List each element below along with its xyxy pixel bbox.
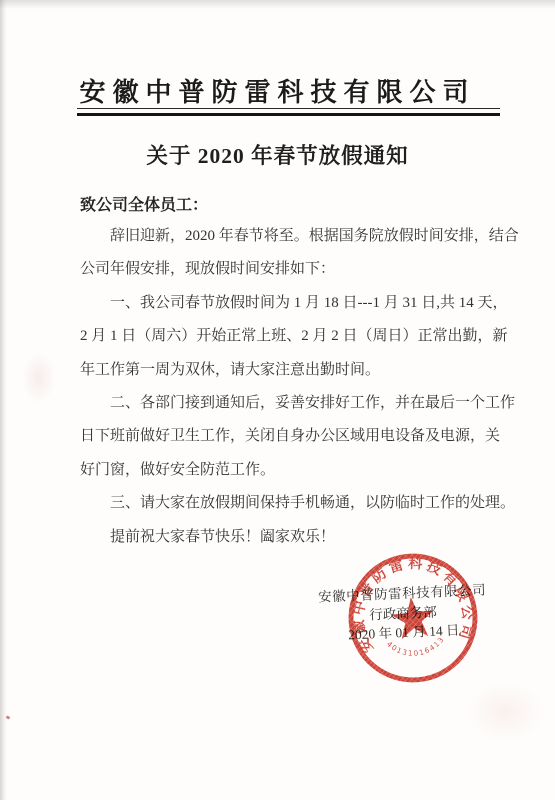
body-line: 2 月 1 日（周六）开始正常上班、2 月 2 日（周日）正常出勤，新: [80, 320, 482, 353]
notice-title: 关于 2020 年春节放假通知: [0, 139, 555, 170]
company-letterhead: 安徽中普防雷科技有限公司: [0, 72, 555, 109]
body-line: 公司年假安排，现放假时间安排如下：: [80, 253, 482, 286]
scan-smudge: [22, 352, 56, 404]
seal-security-hatch: [338, 543, 487, 692]
body-line: 二、各部门接到通知后，妥善安排好工作，并在最后一个工作: [80, 387, 482, 420]
body-line: 辞旧迎新，2020 年春节将至。根据国务院放假时间安排，结合: [80, 220, 482, 253]
letterhead-divider-rule: [77, 108, 500, 116]
body-line: 一、我公司春节放假时间为 1 月 18 日---1 月 31 日,共 14 天，: [80, 287, 482, 320]
scan-edge-shadow-top: [0, 0, 555, 9]
body-line: 三、请大家在放假期间保持手机畅通，以防临时工作的处理。: [80, 487, 482, 520]
body-line: 年工作第一周为双休，请大家注意出勤时间。: [80, 354, 482, 387]
body-line: 好门窗，做好安全防范工作。: [80, 454, 482, 487]
notice-body: 辞旧迎新，2020 年春节将至。根据国务院放假时间安排，结合 公司年假安排，现放…: [80, 220, 482, 554]
scanned-notice-page: 安徽中普防雷科技有限公司 关于 2020 年春节放假通知 致公司全体员工： 辞旧…: [0, 0, 555, 800]
company-seal-stamp: 安徽中普防雷科技有限公司 3401310164139: [338, 543, 487, 692]
salutation-line: 致公司全体员工：: [80, 192, 208, 215]
scan-edge-shadow-left: [0, 0, 7, 800]
scan-smudge: [465, 682, 545, 742]
body-line: 日下班前做好卫生工作，关闭自身办公区域用电设备及电源，关: [80, 420, 482, 453]
